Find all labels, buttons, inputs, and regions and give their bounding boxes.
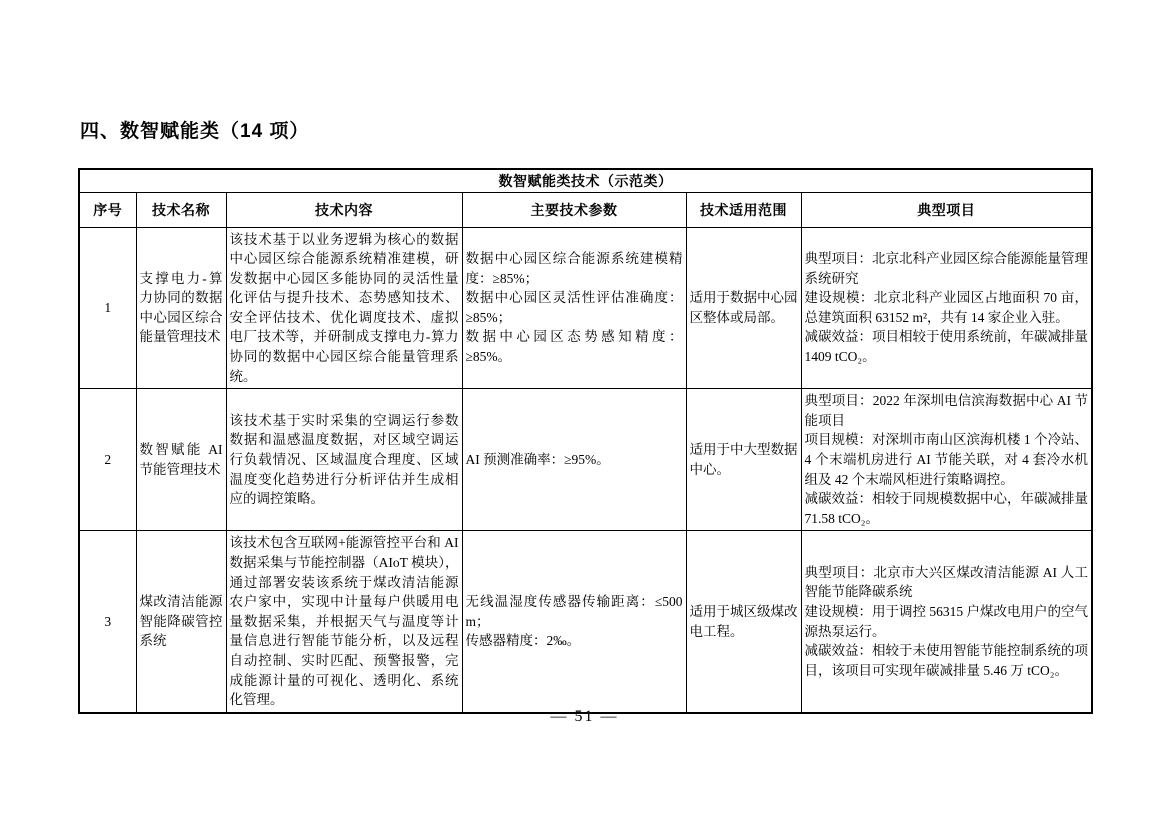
cell-tech-scope: 适用于数据中心园区整体或局部。 <box>686 227 801 389</box>
col-header-project: 典型项目 <box>801 192 1092 227</box>
table-header-row: 序号 技术名称 技术内容 主要技术参数 技术适用范围 典型项目 <box>79 192 1092 227</box>
table-title: 数智赋能类技术（示范类） <box>79 169 1092 192</box>
cell-tech-name: 数智赋能 AI 节能管理技术 <box>136 389 226 531</box>
table-title-row: 数智赋能类技术（示范类） <box>79 169 1092 192</box>
col-header-content: 技术内容 <box>226 192 462 227</box>
page-number: — 51 — <box>0 708 1169 726</box>
cell-tech-name: 煤改清洁能源智能降碳管控系统 <box>136 531 226 713</box>
document-page: 四、数智赋能类（14 项） 数智赋能类技术（示范类） 序号 技术名称 技术内容 … <box>0 0 1169 826</box>
col-header-no: 序号 <box>79 192 136 227</box>
section-heading: 四、数智赋能类（14 项） <box>80 116 309 143</box>
table-row: 1 支撑电力-算力协同的数据中心园区综合能量管理技术 该技术基于以业务逻辑为核心… <box>79 227 1092 389</box>
cell-no: 3 <box>79 531 136 713</box>
cell-tech-name: 支撑电力-算力协同的数据中心园区综合能量管理技术 <box>136 227 226 389</box>
cell-no: 2 <box>79 389 136 531</box>
cell-typical-project: 典型项目：北京北科产业园区综合能源能量管理系统研究 建设规模：北京北科产业园区占… <box>801 227 1092 389</box>
table-row: 3 煤改清洁能源智能降碳管控系统 该技术包含互联网+能源管控平台和 AI 数据采… <box>79 531 1092 713</box>
cell-tech-scope: 适用于城区级煤改电工程。 <box>686 531 801 713</box>
cell-tech-content: 该技术基于以业务逻辑为核心的数据中心园区综合能源系统精准建模，研发数据中心园区多… <box>226 227 462 389</box>
cell-tech-params: 数据中心园区综合能源系统建模精度：≥85%； 数据中心园区灵活性评估准确度：≥8… <box>462 227 686 389</box>
cell-tech-params: AI 预测准确率：≥95%。 <box>462 389 686 531</box>
col-header-scope: 技术适用范围 <box>686 192 801 227</box>
col-header-params: 主要技术参数 <box>462 192 686 227</box>
cell-tech-params: 无线温湿度传感器传输距离：≤500 m； 传感器精度：2‰。 <box>462 531 686 713</box>
cell-typical-project: 典型项目：北京市大兴区煤改清洁能源 AI 人工智能节能降碳系统 建设规模：用于调… <box>801 531 1092 713</box>
cell-tech-content: 该技术基于实时采集的空调运行参数数据和温感温度数据，对区域空调运行负载情况、区域… <box>226 389 462 531</box>
col-header-name: 技术名称 <box>136 192 226 227</box>
cell-no: 1 <box>79 227 136 389</box>
table-row: 2 数智赋能 AI 节能管理技术 该技术基于实时采集的空调运行参数数据和温感温度… <box>79 389 1092 531</box>
technology-table: 数智赋能类技术（示范类） 序号 技术名称 技术内容 主要技术参数 技术适用范围 … <box>78 168 1093 714</box>
cell-typical-project: 典型项目：2022 年深圳电信滨海数据中心 AI 节能项目 项目规模：对深圳市南… <box>801 389 1092 531</box>
cell-tech-content: 该技术包含互联网+能源管控平台和 AI 数据采集与节能控制器（AIoT 模块），… <box>226 531 462 713</box>
cell-tech-scope: 适用于中大型数据中心。 <box>686 389 801 531</box>
